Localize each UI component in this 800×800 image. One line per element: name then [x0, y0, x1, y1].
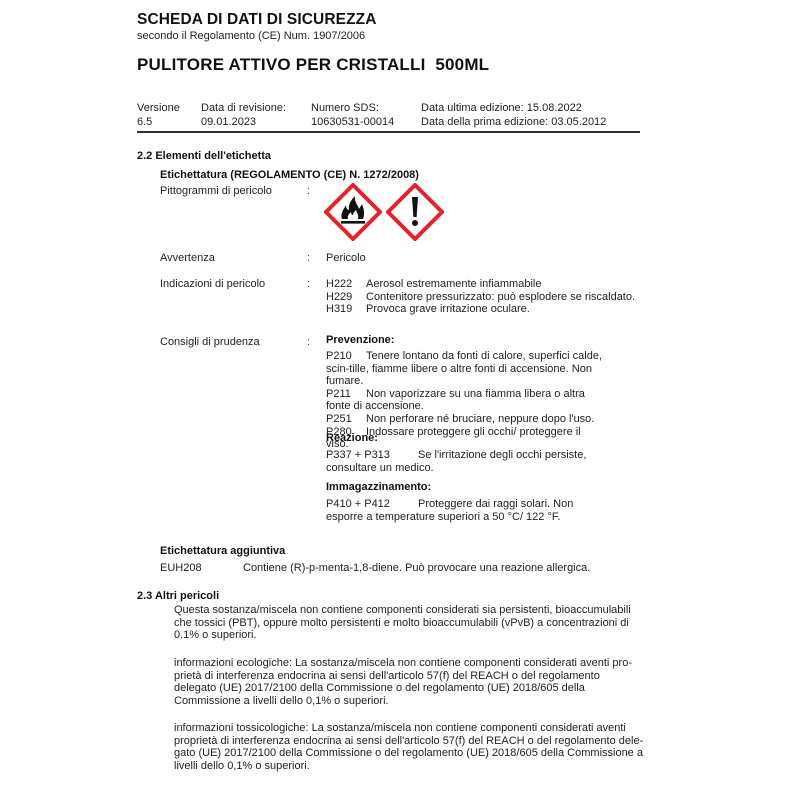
pbt-paragraph: Questa sostanza/miscela non contiene com… [174, 604, 644, 642]
document-title: SCHEDA DI DATI DI SICUREZZA [137, 11, 377, 29]
hazard-statement: H222Aerosol estremamente infiammabile [326, 278, 656, 291]
revision-value: 09.01.2023 [201, 115, 286, 129]
version-block: Versione 6.5 [137, 101, 180, 129]
additional-labelling-heading: Etichettatura aggiuntiva [160, 545, 285, 557]
prevention-statement: P211Non vaporizzare su una fiamma libera… [326, 388, 606, 413]
euh-code: EUH208 [160, 562, 202, 574]
product-name: PULITORE ATTIVO PER CRISTALLI 500ML [137, 55, 489, 75]
first-edition-date: Data della prima edizione: 03.05.2012 [421, 115, 606, 129]
edition-dates-block: Data ultima edizione: 15.08.2022 Data de… [421, 101, 606, 129]
euh-text: Contiene (R)-p-menta-1,8-diene. Può prov… [243, 562, 590, 574]
exclamation-icon [386, 183, 444, 241]
precautionary-statements-colon: : [307, 336, 310, 348]
sds-number-label: Numero SDS: [311, 101, 394, 115]
prevention-statement: P251Non perforare né bruciare, neppure d… [326, 413, 606, 426]
reaction-statement: P337 + P313Se l'irritazione degli occhi … [326, 449, 606, 474]
section-2-2-heading: 2.2 Elementi dell'etichetta [137, 150, 271, 162]
storage-statement: P410 + P412Proteggere dai raggi solari. … [326, 498, 606, 523]
reaction-list: P337 + P313Se l'irritazione degli occhi … [326, 449, 606, 474]
signal-word-colon: : [307, 252, 310, 264]
revision-block: Data di revisione: 09.01.2023 [201, 101, 286, 129]
revision-label: Data di revisione: [201, 101, 286, 115]
version-value: 6.5 [137, 115, 180, 129]
header-divider [137, 131, 640, 133]
hazard-statements-list: H222Aerosol estremamente infiammabile H2… [326, 278, 656, 316]
hazard-statement: H319Provoca grave irritazione oculare. [326, 303, 656, 316]
document-subtitle: secondo il Regolamento (CE) Num. 1907/20… [137, 30, 365, 42]
signal-word: Pericolo [326, 252, 366, 264]
hazard-statement: H229Contenitore pressurizzato: può esplo… [326, 291, 656, 304]
section-2-3-heading: 2.3 Altri pericoli [137, 590, 219, 602]
precautionary-statements-label: Consigli di prudenza [160, 336, 260, 348]
flame-icon [324, 183, 382, 241]
sds-page: SCHEDA DI DATI DI SICUREZZA secondo il R… [0, 0, 800, 800]
last-edition-date: Data ultima edizione: 15.08.2022 [421, 101, 606, 115]
storage-list: P410 + P412Proteggere dai raggi solari. … [326, 498, 606, 523]
sds-number-value: 10630531-00014 [311, 115, 394, 129]
version-label: Versione [137, 101, 180, 115]
sds-number-block: Numero SDS: 10630531-00014 [311, 101, 394, 129]
toxicological-info-paragraph: informazioni tossicologiche: La sostanza… [174, 722, 644, 773]
prevention-statement: P210Tenere lontano da fonti di calore, s… [326, 350, 606, 388]
signal-word-label: Avvertenza [160, 252, 215, 264]
hazard-statements-label: Indicazioni di pericolo [160, 278, 265, 290]
ecological-info-paragraph: informazioni ecologiche: La sostanza/mis… [174, 657, 644, 708]
labelling-heading: Etichettatura (REGOLAMENTO (CE) N. 1272/… [160, 169, 419, 181]
reaction-heading: Reazione: [326, 432, 378, 444]
storage-heading: Immagazzinamento: [326, 481, 431, 493]
prevention-heading: Prevenzione: [326, 334, 394, 346]
pictograms-label: Pittogrammi di pericolo [160, 185, 272, 197]
hazard-statements-colon: : [307, 278, 310, 290]
pictograms-colon: : [307, 185, 310, 197]
